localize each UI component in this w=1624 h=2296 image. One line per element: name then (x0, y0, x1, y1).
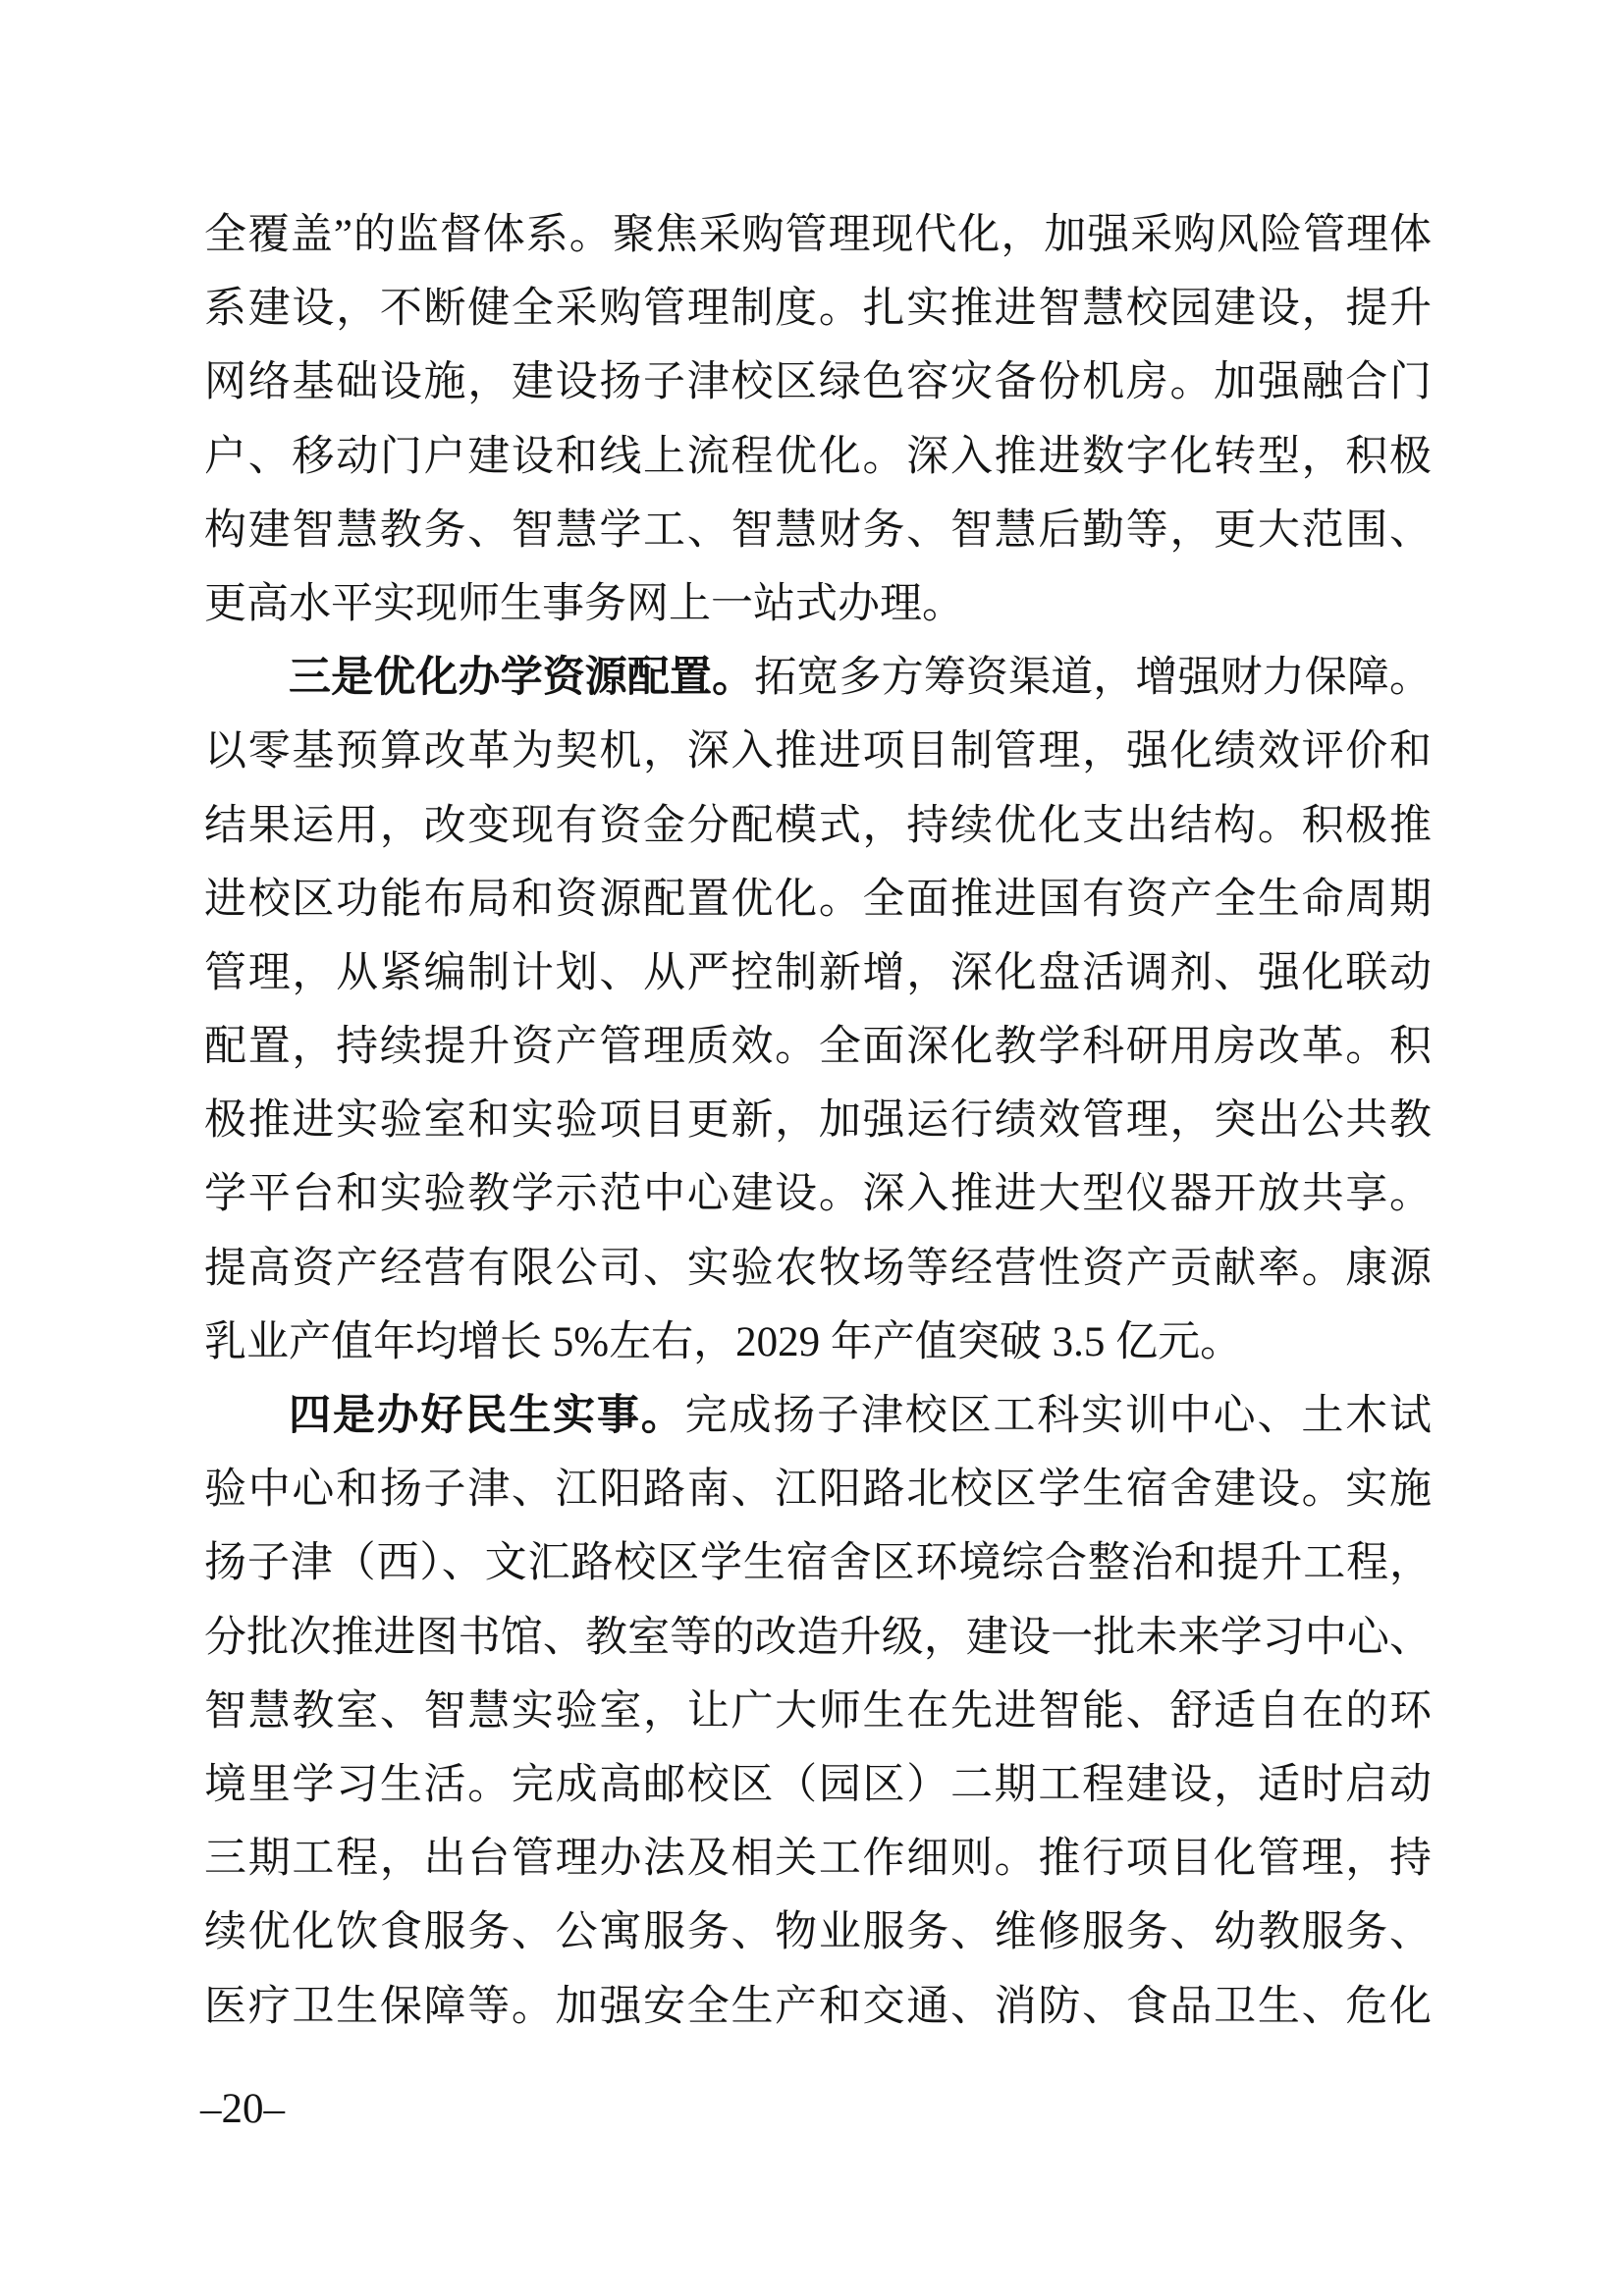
text-line: 验中心和扬子津、江阳路南、江阳路北校区学生宿舍建设。实施 (204, 1453, 1432, 1526)
text-line: 医疗卫生保障等。加强安全生产和交通、消防、食品卫生、危化 (204, 1970, 1432, 2044)
text-line: 续优化饮食服务、公寓服务、物业服务、维修服务、幼教服务、 (204, 1896, 1432, 1969)
text-line: 乳业产值年均增长 5%左右，2029 年产值突破 3.5 亿元。 (204, 1306, 1432, 1379)
text-line: 扬子津（西）、文汇路校区学生宿舍区环境综合整治和提升工程， (204, 1526, 1432, 1600)
text-line: 系建设，不断健全采购管理制度。扎实推进智慧校园建设，提升 (204, 272, 1432, 346)
body-text: 全覆盖”的监督体系。聚焦采购管理现代化，加强采购风险管理体系建设，不断健全采购管… (204, 198, 1432, 2044)
text-line: 网络基础设施，建设扬子津校区绿色容灾备份机房。加强融合门 (204, 346, 1432, 419)
text-line: 极推进实验室和实验项目更新，加强运行绩效管理，突出公共教 (204, 1084, 1432, 1157)
text-line: 智慧教室、智慧实验室，让广大师生在先进智能、舒适自在的环 (204, 1675, 1432, 1748)
text-line: 配置，持续提升资产管理质效。全面深化教学科研用房改革。积 (204, 1010, 1432, 1084)
text-line: 学平台和实验教学示范中心建设。深入推进大型仪器开放共享。 (204, 1157, 1432, 1231)
text-line: 以零基预算改革为契机，深入推进项目制管理，强化绩效评价和 (204, 715, 1432, 788)
text-line: 进校区功能布局和资源配置优化。全面推进国有资产全生命周期 (204, 863, 1432, 936)
bold-lead-in: 三是优化办学资源配置。 (289, 655, 754, 701)
text-line: 管理，从紧编制计划、从严控制新增，深化盘活调剂、强化联动 (204, 936, 1432, 1010)
text-line: 户、移动门户建设和线上流程优化。深入推进数字化转型，积极 (204, 420, 1432, 494)
text-line: 更高水平实现师生事务网上一站式办理。 (204, 567, 1432, 641)
text-line: 境里学习生活。完成高邮校区（园区）二期工程建设，适时启动 (204, 1748, 1432, 1822)
text-line: 提高资产经营有限公司、实验农牧场等经营性资产贡献率。康源 (204, 1232, 1432, 1306)
text-line: 结果运用，改变现有资金分配模式，持续优化支出结构。积极推 (204, 789, 1432, 863)
text-line: 三是优化办学资源配置。拓宽多方筹资渠道，增强财力保障。 (204, 641, 1432, 715)
text-line: 全覆盖”的监督体系。聚焦采购管理现代化，加强采购风险管理体 (204, 198, 1432, 272)
text-line: 四是办好民生实事。完成扬子津校区工科实训中心、土木试 (204, 1379, 1432, 1453)
text-line: 分批次推进图书馆、教室等的改造升级，建设一批未来学习中心、 (204, 1601, 1432, 1675)
text-line: 三期工程，出台管理办法及相关工作细则。推行项目化管理，持 (204, 1822, 1432, 1896)
document-page: 全覆盖”的监督体系。聚焦采购管理现代化，加强采购风险管理体系建设，不断健全采购管… (0, 0, 1624, 2296)
text-line: 构建智慧教务、智慧学工、智慧财务、智慧后勤等，更大范围、 (204, 494, 1432, 567)
page-number: –20– (200, 2085, 285, 2134)
bold-lead-in: 四是办好民生实事。 (289, 1393, 685, 1439)
